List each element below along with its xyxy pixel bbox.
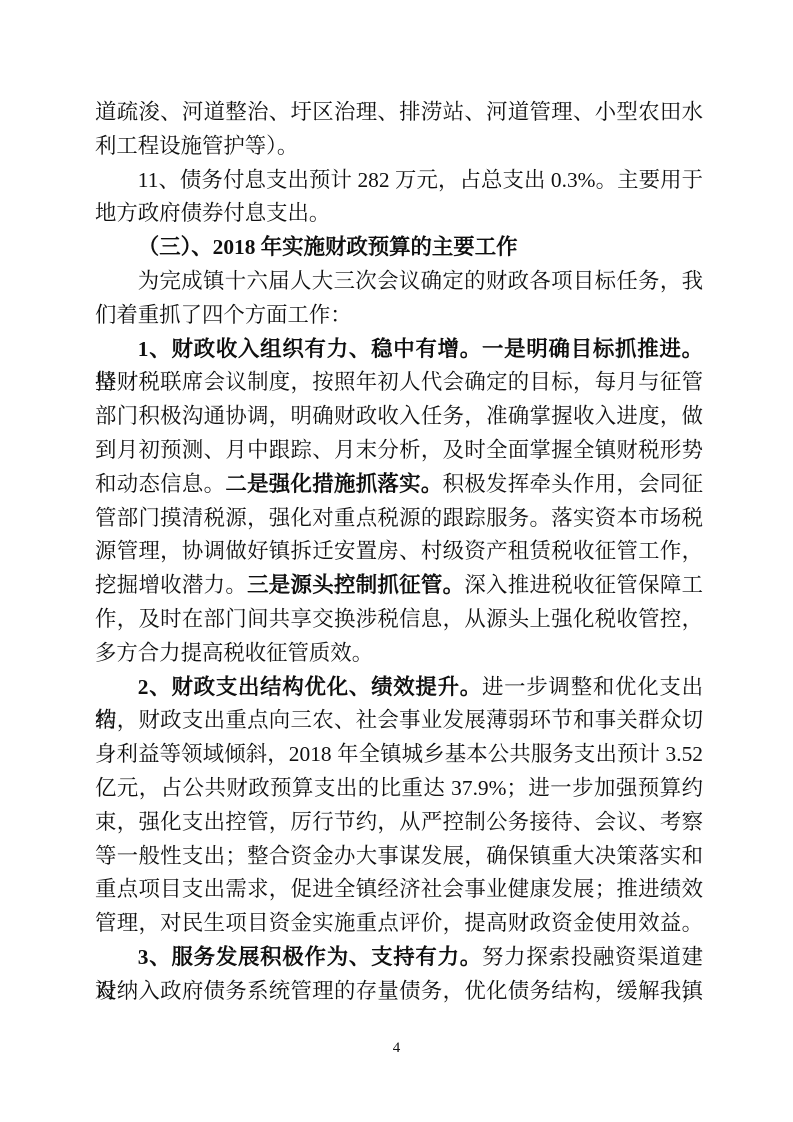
text-segment: 部门积极沟通协调，明确财政收入任务，准确掌握收入进度，做 (95, 404, 703, 428)
text-line: 对纳入政府债务系统管理的存量债务，优化债务结构，缓解我镇 (95, 975, 703, 1009)
text-line: 11、债务付息支出预计 282 万元，占总支出 0.3%。主要用于 (95, 164, 703, 198)
text-line: 2、财政支出结构优化、绩效提升。进一步调整和优化支出结 (95, 671, 703, 705)
bold-text-segment: （三）、2018 年实施财政预算的主要工作 (138, 235, 518, 259)
text-line: 管部门摸清税源，强化对重点税源的跟踪服务。落实资本市场税 (95, 502, 703, 536)
text-segment: 重点项目支出需求，促进全镇经济社会事业健康发展；推进绩效 (95, 877, 703, 901)
text-line: 等一般性支出；整合资金办大事谋发展，确保镇重大决策落实和 (95, 840, 703, 874)
text-segment: 利工程设施管护等）。 (95, 134, 298, 158)
text-segment: 构，财政支出重点向三农、社会事业发展薄弱环节和事关群众切 (95, 708, 703, 732)
text-segment: 管部门摸清税源，强化对重点税源的跟踪服务。落实资本市场税 (95, 506, 703, 530)
text-line: 挖掘增收潜力。三是源头控制抓征管。深入推进税收征管保障工 (95, 569, 703, 603)
bold-text-segment: 1、财政收入组织有力、稳中有增。一是明确目标抓推进。 (138, 337, 703, 361)
text-line: 3、服务发展积极作为、支持有力。努力探索投融资渠道建设， (95, 941, 703, 975)
text-line: 部门积极沟通协调，明确财政收入任务，准确掌握收入进度，做 (95, 400, 703, 434)
bold-text-segment: 三是源头控制抓征管。 (247, 573, 464, 597)
text-segment: 持财税联席会议制度，按照年初人代会确定的目标，每月与征管 (95, 370, 703, 394)
text-line: 和动态信息。二是强化措施抓落实。积极发挥牵头作用，会同征 (95, 468, 703, 502)
text-segment: 作，及时在部门间共享交换涉税信息，从源头上强化税收管控， (95, 607, 703, 631)
text-line: 构，财政支出重点向三农、社会事业发展薄弱环节和事关群众切 (95, 704, 703, 738)
text-line: 们着重抓了四个方面工作： (95, 299, 703, 333)
text-segment: 对纳入政府债务系统管理的存量债务，优化债务结构，缓解我镇 (95, 979, 703, 1003)
text-line: 道疏浚、河道整治、圩区治理、排涝站、河道管理、小型农田水 (95, 96, 703, 130)
text-line: 作，及时在部门间共享交换涉税信息，从源头上强化税收管控， (95, 603, 703, 637)
text-segment: 身利益等领域倾斜，2018 年全镇城乡基本公共服务支出预计 3.52 (95, 742, 703, 766)
text-line: 1、财政收入组织有力、稳中有增。一是明确目标抓推进。坚 (95, 333, 703, 367)
text-segment: 深入推进税收征管保障工 (464, 573, 703, 597)
text-segment: 积极发挥牵头作用，会同征 (443, 472, 703, 496)
text-line: 亿元，占公共财政预算支出的比重达 37.9%；进一步加强预算约 (95, 772, 703, 806)
text-line: 身利益等领域倾斜，2018 年全镇城乡基本公共服务支出预计 3.52 (95, 738, 703, 772)
text-line: 束，强化支出控管，厉行节约，从严控制公务接待、会议、考察 (95, 806, 703, 840)
text-line: 重点项目支出需求，促进全镇经济社会事业健康发展；推进绩效 (95, 873, 703, 907)
text-segment: 为完成镇十六届人大三次会议确定的财政各项目标任务，我 (138, 269, 703, 293)
text-segment: 等一般性支出；整合资金办大事谋发展，确保镇重大决策落实和 (95, 844, 703, 868)
text-line: 到月初预测、月中跟踪、月末分析，及时全面掌握全镇财税形势 (95, 434, 703, 468)
document-body: 道疏浚、河道整治、圩区治理、排涝站、河道管理、小型农田水利工程设施管护等）。11… (95, 96, 703, 1009)
text-line: 利工程设施管护等）。 (95, 130, 703, 164)
bold-text-segment: 二是强化措施抓落实。 (225, 472, 442, 496)
text-line: （三）、2018 年实施财政预算的主要工作 (95, 231, 703, 265)
text-segment: 源管理，协调做好镇拆迁安置房、村级资产租赁税收征管工作， (95, 539, 703, 563)
text-line: 管理，对民生项目资金实施重点评价，提高财政资金使用效益。 (95, 907, 703, 941)
text-segment: 地方政府债券付息支出。 (95, 201, 330, 225)
text-segment: 管理，对民生项目资金实施重点评价，提高财政资金使用效益。 (95, 911, 703, 935)
text-segment: 挖掘增收潜力。 (95, 573, 247, 597)
text-line: 持财税联席会议制度，按照年初人代会确定的目标，每月与征管 (95, 366, 703, 400)
text-segment: 到月初预测、月中跟踪、月末分析，及时全面掌握全镇财税形势 (95, 438, 703, 462)
text-segment: 们着重抓了四个方面工作： (95, 303, 352, 327)
text-line: 多方合力提高税收征管质效。 (95, 637, 703, 671)
bold-text-segment: 3、服务发展积极作为、支持有力。 (138, 945, 482, 969)
text-segment: 和动态信息。 (95, 472, 225, 496)
text-segment: 11、债务付息支出预计 282 万元，占总支出 0.3%。主要用于 (138, 168, 703, 192)
text-segment: 道疏浚、河道整治、圩区治理、排涝站、河道管理、小型农田水 (95, 100, 703, 124)
bold-text-segment: 2、财政支出结构优化、绩效提升。 (138, 675, 482, 699)
text-segment: 束，强化支出控管，厉行节约，从严控制公务接待、会议、考察 (95, 810, 703, 834)
text-segment: 亿元，占公共财政预算支出的比重达 37.9%；进一步加强预算约 (95, 776, 703, 800)
page-footer: 4 (0, 1038, 793, 1058)
document-page: 道疏浚、河道整治、圩区治理、排涝站、河道管理、小型农田水利工程设施管护等）。11… (0, 0, 793, 1122)
text-line: 源管理，协调做好镇拆迁安置房、村级资产租赁税收征管工作， (95, 535, 703, 569)
text-line: 为完成镇十六届人大三次会议确定的财政各项目标任务，我 (95, 265, 703, 299)
text-line: 地方政府债券付息支出。 (95, 197, 703, 231)
text-segment: 多方合力提高税收征管质效。 (95, 641, 373, 665)
page-number: 4 (393, 1040, 401, 1056)
